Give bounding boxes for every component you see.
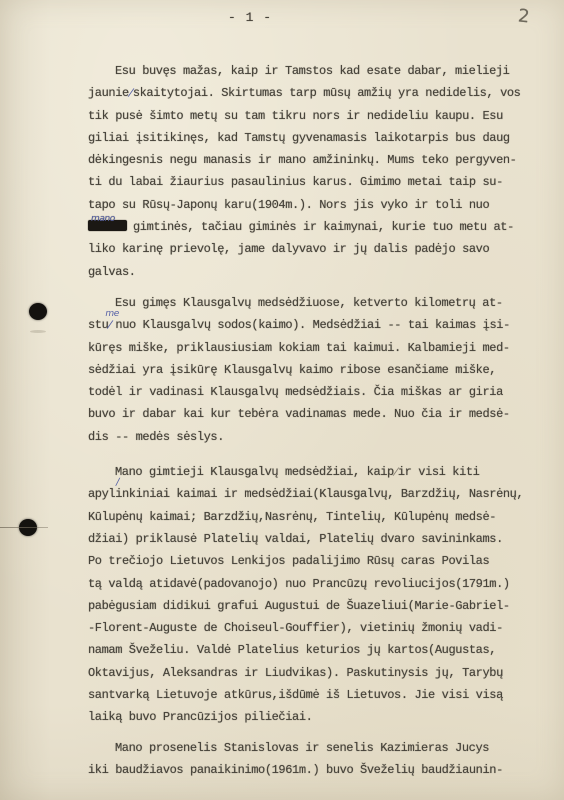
text-line: santvarką Lietuvoje atkūrus,išdūmė iš Li… xyxy=(88,684,534,706)
text-line: Kūlupėnų kaimai; Barzdžių,Nasrėnų, Tinte… xyxy=(88,506,534,528)
handwritten-insertion: ∕me xyxy=(108,314,115,336)
text-line: Mano gimtieji Klausgalvų medsėdžiai, kai… xyxy=(88,461,534,483)
text-line: ti du labai žiaurius pasaulinius karus. … xyxy=(88,171,534,193)
paragraph-2: Esu gimęs Klausgalvų medsėdžiuose, ketve… xyxy=(88,292,534,448)
text-line: manogimtinės, tačiau giminės ir kaimynai… xyxy=(88,216,534,238)
text-line: Esu buvęs mažas, kaip ir Tamstos kad esa… xyxy=(88,60,534,82)
scanned-typewritten-page: - 1 - 2 Esu buvęs mažas, kaip ir Tamstos… xyxy=(0,0,564,800)
ink-smudge xyxy=(30,330,46,333)
text-line: todėl ir vadinasi Klausgalvų medsėdžiais… xyxy=(88,381,534,403)
text-line: Esu gimęs Klausgalvų medsėdžiuose, ketve… xyxy=(88,292,534,314)
text-line: laiką buvo Prancūzijos piliečiai. xyxy=(88,706,534,728)
text-segment: jaunie xyxy=(88,86,129,100)
text-line: giliai įsitikinęs, kad Tamstų gyvenamasi… xyxy=(88,127,534,149)
paragraph-1: Esu buvęs mažas, kaip ir Tamstos kad esa… xyxy=(88,60,534,283)
handwritten-correction-mano: mano xyxy=(91,208,115,230)
handwritten-insertion-me: me xyxy=(105,303,119,325)
text-line: apylinkiniai kaimai ir medsėdžiai(Klausg… xyxy=(88,483,534,505)
text-line: tapo su Rūsų-Japonų karu(1904m.). Nors j… xyxy=(88,194,534,216)
text-line: buvo ir dabar kai kur tebėra vadinamas m… xyxy=(88,403,534,425)
text-line: džiai) priklausė Platelių valdai, Platel… xyxy=(88,528,534,550)
text-segment: gimtinės, tačiau giminės ir kaimynai, ku… xyxy=(133,220,514,234)
text-line: liko karinę prievolę, jame dalyvavo ir j… xyxy=(88,238,534,260)
typed-page-number: - 1 - xyxy=(228,10,272,25)
paragraph-3: ∕ Mano gimtieji Klausgalvų medsėdžiai, k… xyxy=(88,461,534,729)
ink-dot-top xyxy=(29,303,47,320)
text-line: -Florent-Auguste de Choiseul-Gouffier), … xyxy=(88,617,534,639)
text-line: pabėgusiam didikui grafui Augustui de Šu… xyxy=(88,595,534,617)
pencil-line xyxy=(0,527,48,528)
handwritten-page-number: 2 xyxy=(517,5,531,27)
text-line: galvas. xyxy=(88,261,534,283)
text-line: dėkingesnis negu manasis ir mano amžinin… xyxy=(88,149,534,171)
text-segment: skaitytojai. Skirtumas tarp mūsų amžių y… xyxy=(133,86,521,100)
text-line: Oktavijus, Aleksandras ir Liudvikas). Pa… xyxy=(88,662,534,684)
text-segment: ir visi kiti xyxy=(398,465,480,479)
text-line: tik pusė šimto metų su tam tikru nors ir… xyxy=(88,105,534,127)
text-line: jaunie∕skaitytojai. Skirtumas tarp mūsų … xyxy=(88,82,534,104)
typewritten-body: Esu buvęs mažas, kaip ir Tamstos kad esa… xyxy=(88,60,534,781)
blacked-out-word: mano xyxy=(88,220,127,231)
pencil-tick-mark: ∕ xyxy=(116,472,119,494)
text-line: Po trečiojo Lietuvos Lenkijos padalijimo… xyxy=(88,550,534,572)
text-line: Mano prosenelis Stanislovas ir senelis K… xyxy=(88,737,534,759)
text-line: stu∕menuo Klausgalvų sodos(kaimo). Medsė… xyxy=(88,314,534,336)
paragraph-4: Mano prosenelis Stanislovas ir senelis K… xyxy=(88,737,534,782)
text-line: kūręs miške, priklausiusiam kokiam tai k… xyxy=(88,337,534,359)
text-line: tą valdą atidavė(padovanojo) nuo Prancūz… xyxy=(88,573,534,595)
text-segment: nuo Klausgalvų sodos(kaimo). Medsėdžiai … xyxy=(115,318,509,332)
text-line: iki baudžiavos panaikinimo(1961m.) buvo … xyxy=(88,759,534,781)
text-line: namam Šveželiu. Valdė Platelius keturios… xyxy=(88,639,534,661)
text-line: dis -- medės sėslys. xyxy=(88,426,534,448)
text-segment: Mano gimtieji Klausgalvų medsėdžiai, kai… xyxy=(115,465,394,479)
text-line: sėdžiai yra įsikūrę Klausgalvų kaimo rib… xyxy=(88,359,534,381)
